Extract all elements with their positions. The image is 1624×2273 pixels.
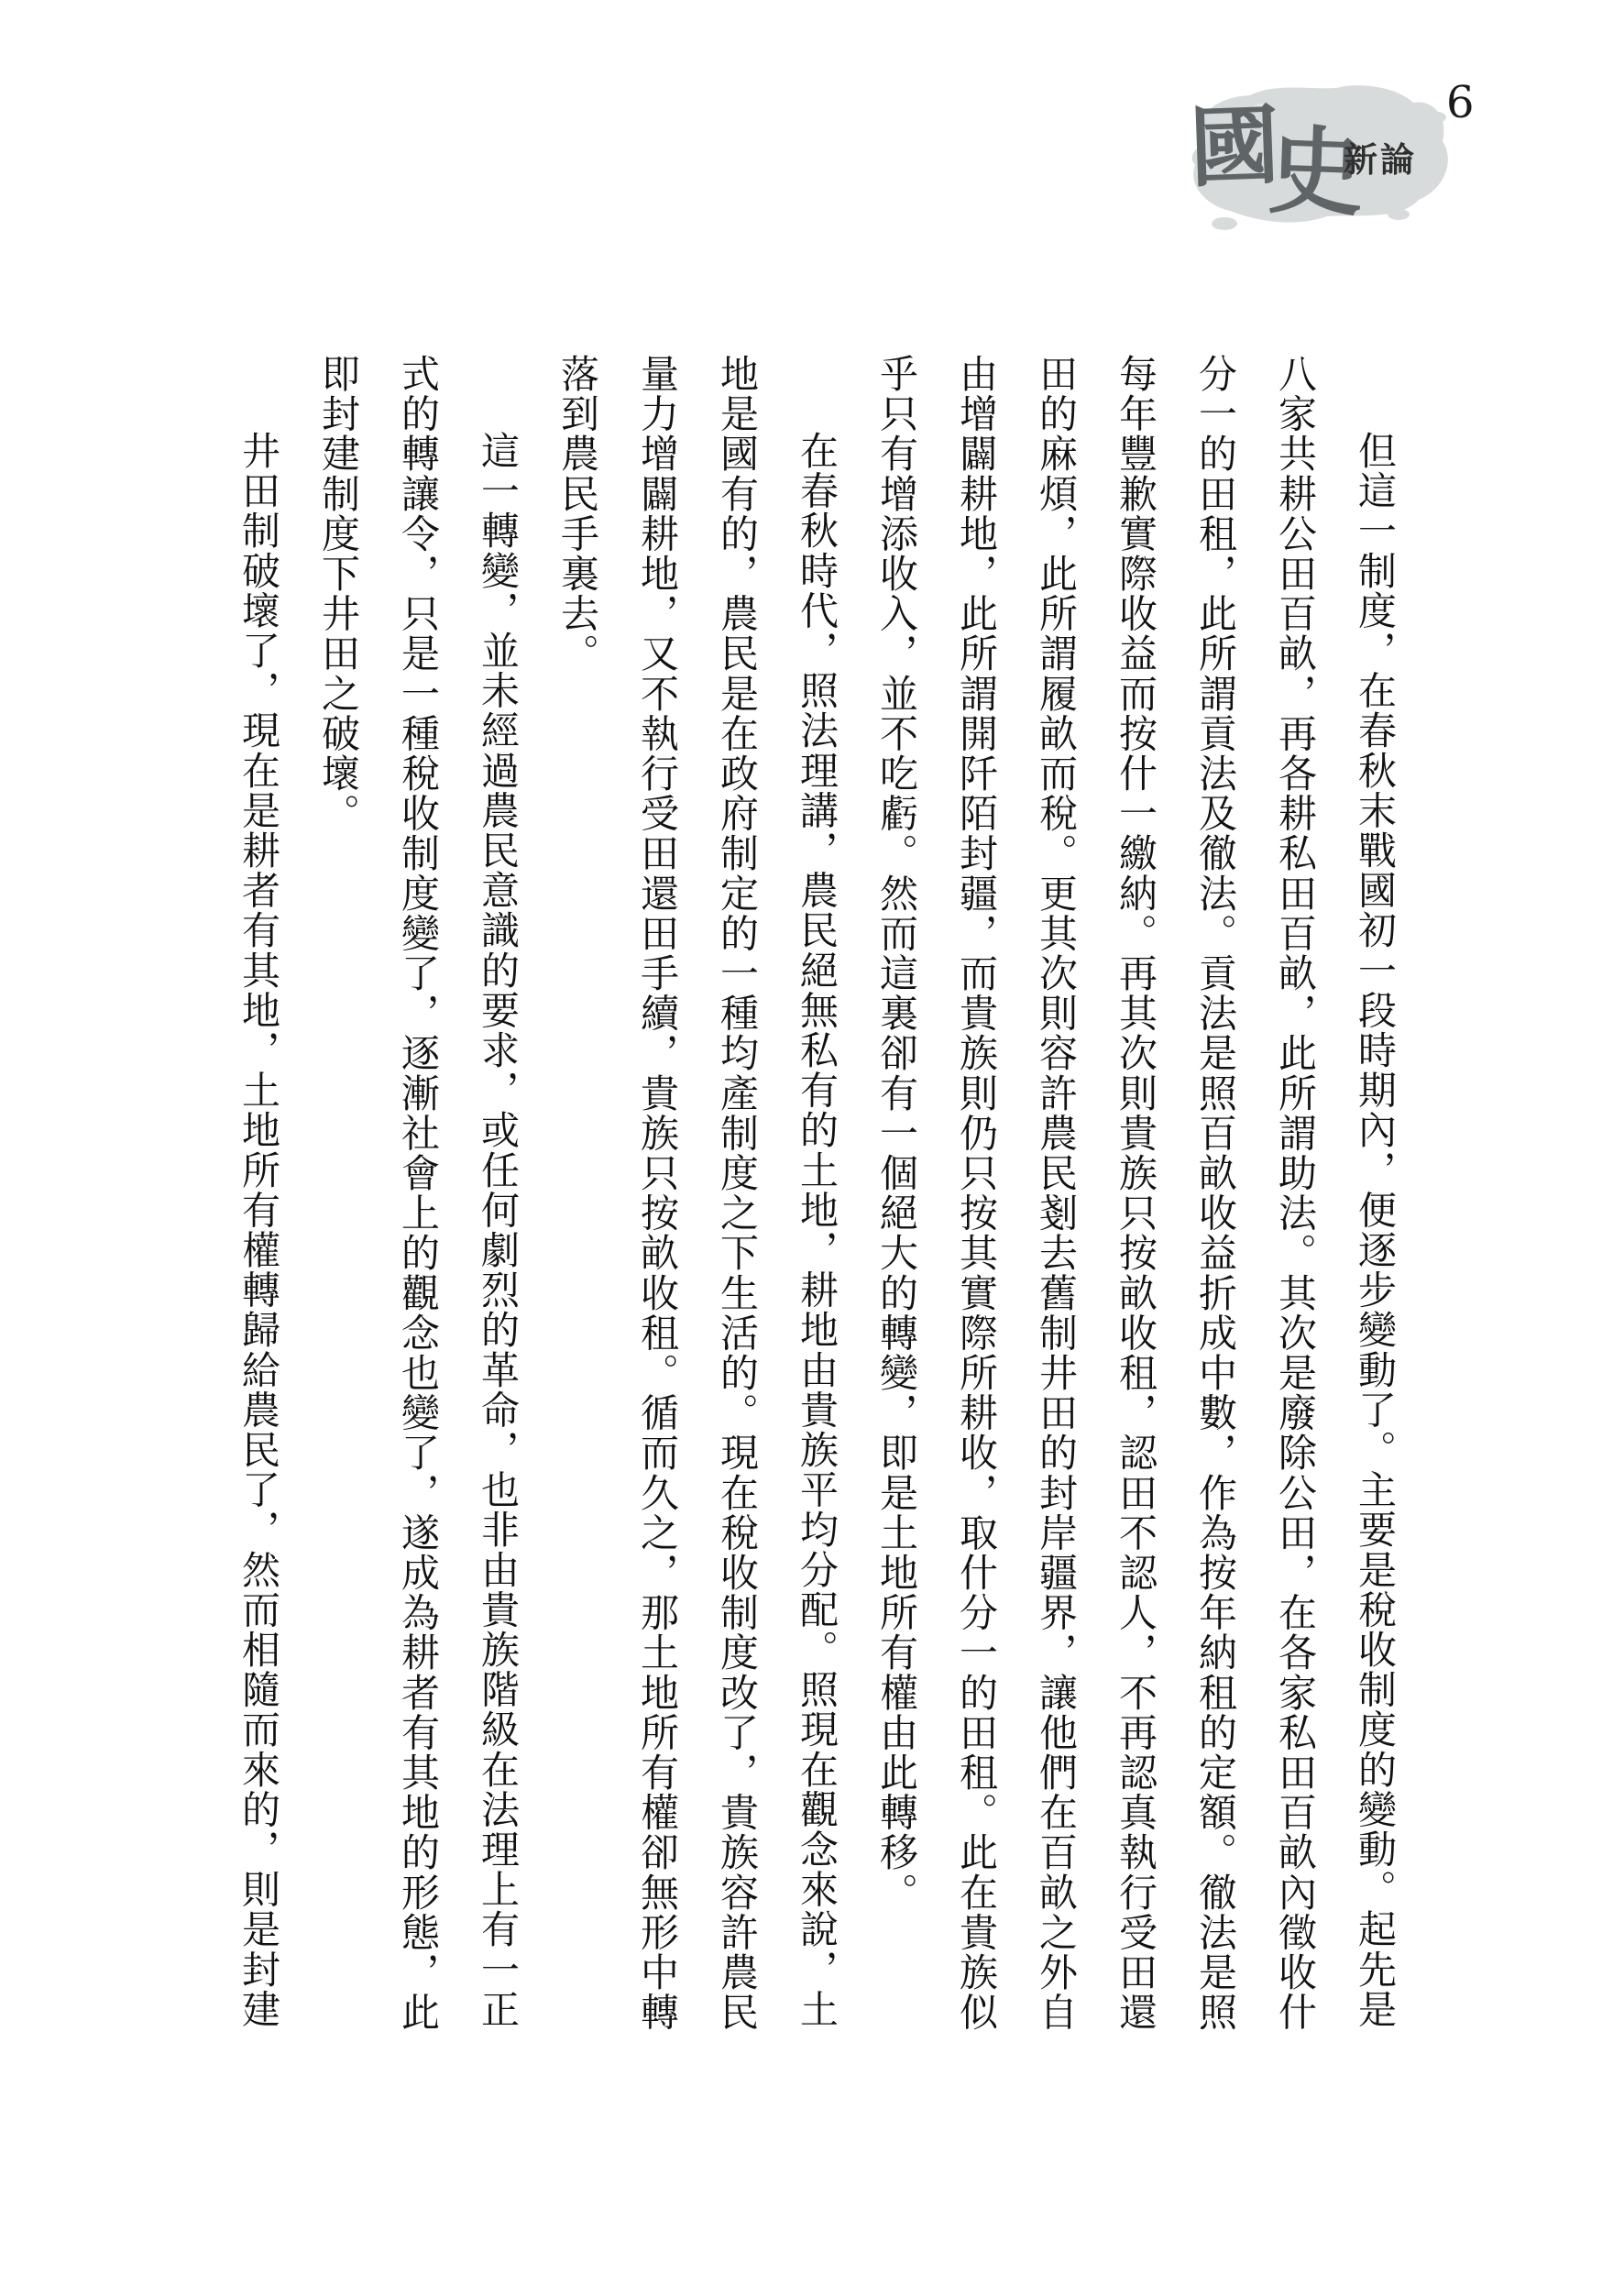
paragraph: 這一轉變，並未經過農民意識的要求，或任何劇烈的革命，也非由貴族階級在法理上有一正… (299, 354, 538, 2048)
book-page: 國 史 新論 6 但這一制度，在春秋末戰國初一段時期內，便逐步變動了。主要是稅收… (0, 0, 1624, 2273)
page-number: 6 (1446, 81, 1475, 125)
logo-suffix: 新論 (1344, 143, 1417, 177)
brand-logo: 國 史 新論 (1173, 77, 1457, 237)
article-body: 但這一制度，在春秋末戰國初一段時期內，便逐步變動了。主要是稅收制度的變動。起先是… (219, 354, 1415, 2048)
paragraph: 井田制破壞了，現在是耕者有其地，土地所有權轉歸給農民了，然而相隨而來的，則是封建 (219, 354, 299, 2048)
paragraph: 在春秋時代，照法理講，農民絕無私有的土地，耕地由貴族平均分配。照現在觀念來說，土… (538, 354, 857, 2048)
paragraph: 但這一制度，在春秋末戰國初一段時期內，便逐步變動了。主要是稅收制度的變動。起先是… (857, 354, 1415, 2048)
logo-char-guo: 國 (1188, 103, 1280, 192)
